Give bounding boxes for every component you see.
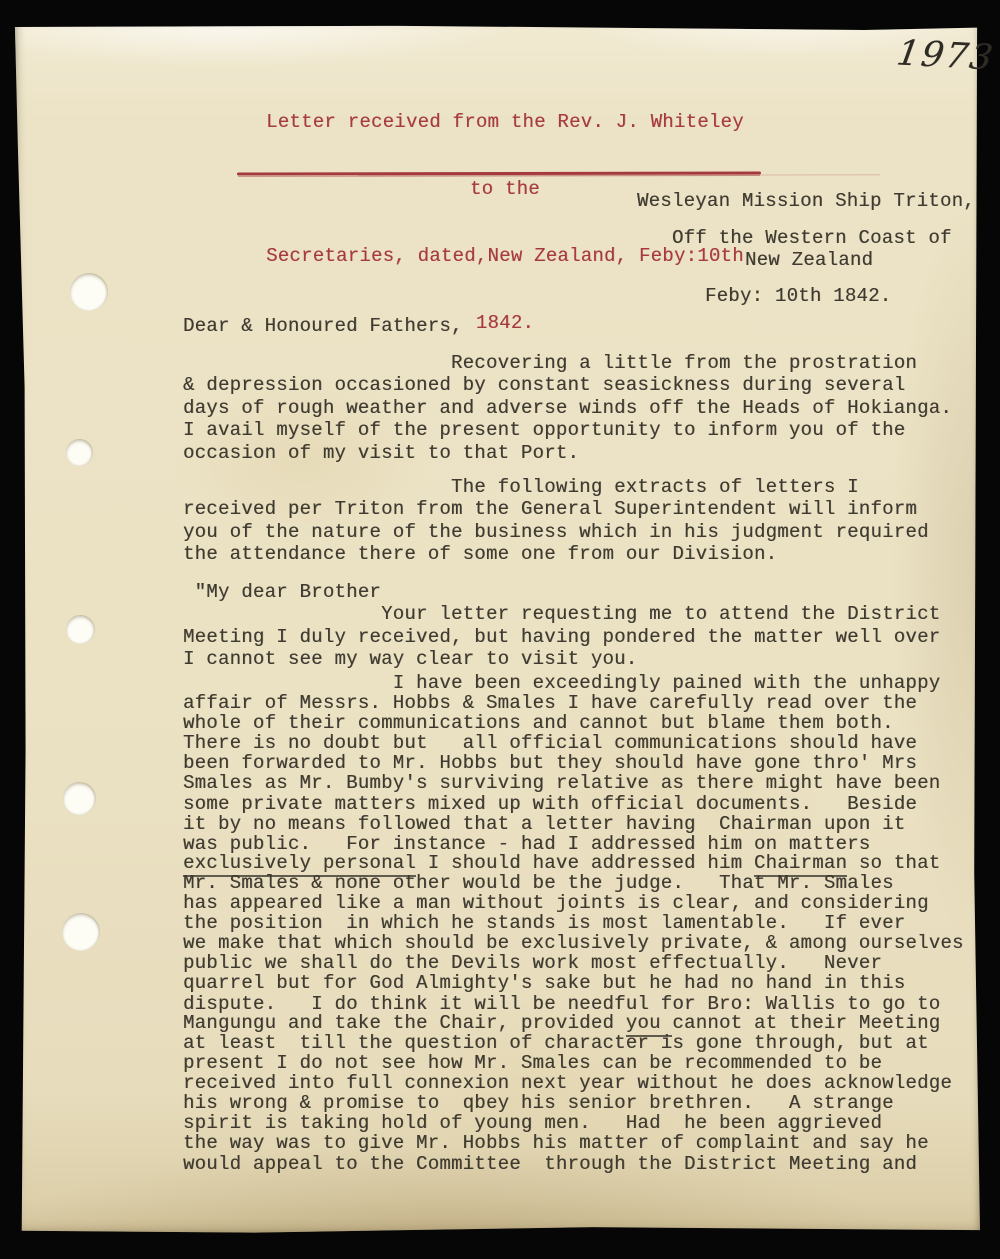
letter-date: Feby: 10th 1842. bbox=[705, 285, 891, 307]
address-location-line-1: Off the Western Coast of bbox=[672, 227, 952, 249]
paragraph-4-part-c: at least till the question of character … bbox=[183, 1033, 952, 1174]
header-line-1: Letter received from the Rev. J. Whitele… bbox=[225, 111, 785, 133]
scanner-background: 1973 Letter received from the Rev. J. Wh… bbox=[0, 0, 1000, 1259]
handwritten-year-annotation: 1973 bbox=[894, 34, 997, 79]
paragraph-1: Recovering a little from the prostration… bbox=[183, 352, 952, 464]
paragraph-2: The following extracts of letters I rece… bbox=[183, 476, 929, 566]
punch-hole bbox=[70, 273, 108, 311]
paragraph-4-underlined-line: exclusively personal I should have addre… bbox=[183, 853, 940, 873]
paragraph-3-quote-opening: "My dear Brother Your letter requesting … bbox=[183, 581, 940, 671]
line-text: cannot at their Meeting bbox=[672, 1012, 940, 1034]
paragraph-4-part-a: I have been exceedingly pained with the … bbox=[183, 673, 940, 854]
address-location-line-2: New Zealand bbox=[745, 249, 873, 271]
paragraph-4-part-b: Mr. Smales & none other would be the jud… bbox=[183, 873, 964, 1014]
punch-hole bbox=[66, 439, 93, 466]
punch-hole bbox=[63, 782, 96, 815]
line-text: Mangungu and take the Chair, provided bbox=[183, 1012, 626, 1034]
paragraph-4-underlined-line-you: Mangungu and take the Chair, provided yo… bbox=[183, 1013, 940, 1033]
salutation: Dear & Honoured Fathers, bbox=[183, 315, 463, 337]
line-text: I should have addressed him bbox=[416, 852, 754, 874]
line-text: so that bbox=[847, 852, 940, 874]
address-ship-line: Wesleyan Mission Ship Triton, bbox=[637, 190, 975, 212]
punch-hole bbox=[66, 615, 95, 644]
punch-hole bbox=[62, 913, 100, 951]
